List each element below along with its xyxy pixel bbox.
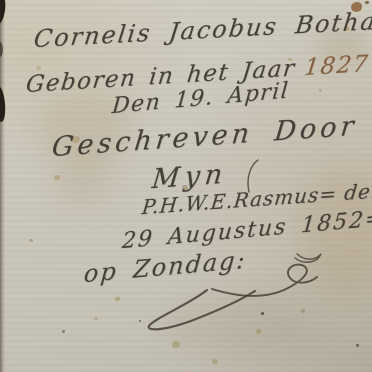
ink-speck xyxy=(356,344,359,347)
birth-year: 1827 xyxy=(303,51,370,81)
manuscript-page-photo: Cornelis Jacobus Botha Geboren in het Ja… xyxy=(0,0,372,372)
foxing-spot xyxy=(256,329,261,334)
foxing-spot xyxy=(365,1,369,4)
ink-speck xyxy=(62,330,65,333)
foxing-spot xyxy=(36,66,41,70)
foxing-spot xyxy=(301,309,305,313)
foxing-spot xyxy=(94,317,98,320)
book-binding-edge xyxy=(0,0,5,372)
foxing-spot xyxy=(212,359,218,364)
binding-shadow-blob xyxy=(0,42,3,57)
foxing-spot xyxy=(172,341,180,348)
ink-speck xyxy=(261,312,264,315)
foxing-spot xyxy=(29,239,33,242)
foxing-spot xyxy=(54,175,60,180)
foxing-spot xyxy=(319,89,322,92)
foxing-spot xyxy=(115,297,120,301)
ink-speck xyxy=(139,320,141,322)
paper-stain xyxy=(165,295,310,357)
